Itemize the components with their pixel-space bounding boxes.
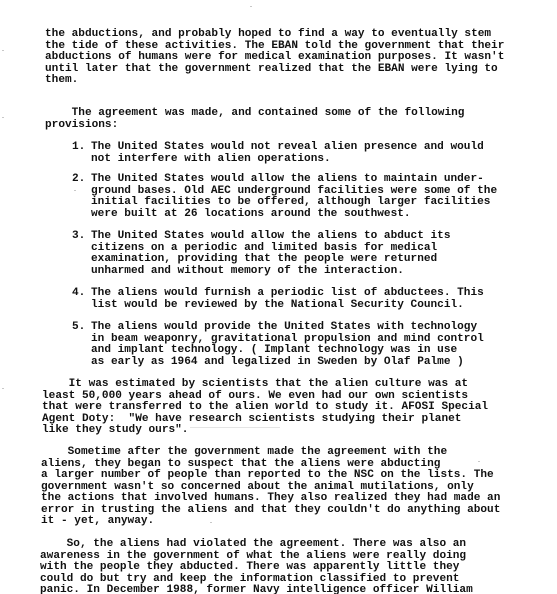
text-line: list would be reviewed by the National S… [91,300,464,311]
scan-speck [74,190,76,191]
text-line: The United States would allow the aliens… [91,231,451,242]
text-line: that were transferred to the alien world… [42,402,488,413]
provision-number: 2. [72,174,85,185]
text-line: not interfere with alien operations. [91,154,331,165]
text-line: It was estimated by scientists that the … [42,379,468,390]
scan-speck [250,6,252,7]
text-line: were built at 26 locations around the so… [91,209,411,220]
text-line: and implant technology. ( Implant techno… [91,345,457,356]
scan-speck [478,461,480,462]
text-line: The United States would not reveal alien… [91,142,484,153]
text-line: The United States would allow the aliens… [91,174,484,185]
scan-speck [210,522,212,523]
provision-number: 1. [72,142,85,153]
text-line: the abductions, and probably hoped to fi… [45,29,491,40]
text-line: as early as 1964 and legalized in Sweden… [91,357,464,368]
document-page: the abductions, and probably hoped to fi… [0,0,557,594]
text-line: The aliens would furnish a periodic list… [91,288,484,299]
provision-number: 4. [72,288,85,299]
text-line: until later that the government realized… [45,64,498,75]
scan-speck [2,117,4,118]
text-line: examination, providing that the people w… [91,254,437,265]
text-line: initial facilities to be offered, althou… [91,197,490,208]
scan-speck [190,427,280,428]
text-line: them. [45,75,78,86]
text-line: with the people they abducted. There was… [40,562,459,573]
text-line: it - yet, anyway. [41,516,154,527]
scan-speck [2,388,4,389]
text-line: provisions: [45,120,118,131]
text-line: The agreement was made, and contained so… [45,108,464,119]
scan-speck [2,50,4,51]
text-line: abductions of humans were for medical ex… [45,52,504,63]
text-line: The aliens would provide the United Stat… [91,322,477,333]
text-line: panic. In December 1988, former Navy int… [40,585,473,594]
provision-number: 5. [72,322,85,333]
text-line: Sometime after the government made the a… [41,447,447,458]
provision-number: 3. [72,231,85,242]
text-line: the actions that involved humans. They a… [41,493,500,504]
text-line: a larger number of people than reported … [41,470,494,481]
text-line: So, the aliens had violated the agreemen… [40,539,466,550]
text-line: unharmed and without memory of the inter… [91,266,404,277]
text-line: like they study ours". [42,425,188,436]
